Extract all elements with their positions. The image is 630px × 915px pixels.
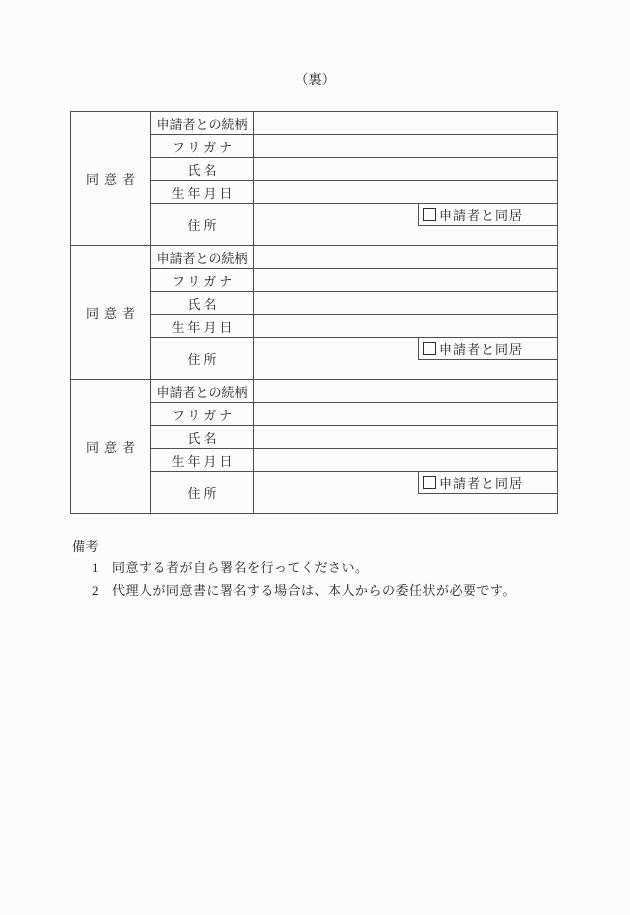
remarks-heading: 備考 [70,538,570,556]
consenter3-name-field[interactable] [254,426,558,449]
document-page: （裏） 同意者 申請者との続柄 フリガナ 氏名 生年月日 [0,0,630,915]
consenter3-birthdate-label: 生年月日 [151,449,254,472]
consenter3-birthdate-field[interactable] [254,449,558,472]
consenter2-group-label: 同意者 [71,246,151,380]
consenter2-birthdate-field[interactable] [254,315,558,338]
checkbox-icon [423,208,436,221]
cohabit-checkbox-label: 申請者と同居 [439,339,523,358]
remarks-item-text: 代理人が同意書に署名する場合は、本人からの委任状が必要です。 [112,579,516,602]
consenter2-cohabit-checkbox[interactable]: 申請者と同居 [418,338,557,360]
consenter1-birthdate-field[interactable] [254,181,558,204]
consenter1-group-label: 同意者 [71,112,151,246]
consenter2-furigana-label: フリガナ [151,269,254,292]
consenter2-furigana-field[interactable] [254,269,558,292]
consenter3-group-label: 同意者 [71,380,151,514]
consenter3-name-label: 氏名 [151,426,254,449]
table-row: 同意者 申請者との続柄 [71,380,558,403]
consenter2-address-field[interactable]: 申請者と同居 [254,338,558,380]
consent-table: 同意者 申請者との続柄 フリガナ 氏名 生年月日 住所 [70,111,558,514]
consenter3-cohabit-checkbox[interactable]: 申請者と同居 [418,472,557,494]
table-row: 同意者 申請者との続柄 [71,112,558,135]
consenter1-furigana-label: フリガナ [151,135,254,158]
consenter2-relationship-label: 申請者との続柄 [151,246,254,269]
remarks-section: 備考 1 同意する者が自ら署名を行ってください。 2 代理人が同意書に署名する場… [70,538,570,602]
remarks-item: 1 同意する者が自ら署名を行ってください。 [70,556,570,579]
consenter1-name-field[interactable] [254,158,558,181]
cohabit-checkbox-label: 申請者と同居 [439,205,523,224]
consenter1-address-field[interactable]: 申請者と同居 [254,204,558,246]
consenter3-address-field[interactable]: 申請者と同居 [254,472,558,514]
consenter1-birthdate-label: 生年月日 [151,181,254,204]
remarks-item-number: 2 [92,579,104,602]
consenter2-birthdate-label: 生年月日 [151,315,254,338]
consenter1-address-label: 住所 [151,204,254,246]
consenter1-cohabit-checkbox[interactable]: 申請者と同居 [418,204,557,226]
consenter2-relationship-field[interactable] [254,246,558,269]
remarks-item-text: 同意する者が自ら署名を行ってください。 [112,556,369,579]
remarks-item-number: 1 [92,556,104,579]
consenter1-furigana-field[interactable] [254,135,558,158]
consenter1-name-label: 氏名 [151,158,254,181]
checkbox-icon [423,342,436,355]
consenter1-relationship-field[interactable] [254,112,558,135]
consenter1-relationship-label: 申請者との続柄 [151,112,254,135]
remarks-item: 2 代理人が同意書に署名する場合は、本人からの委任状が必要です。 [70,579,570,602]
table-row: 同意者 申請者との続柄 [71,246,558,269]
consenter3-relationship-field[interactable] [254,380,558,403]
cohabit-checkbox-label: 申請者と同居 [439,473,523,492]
consenter3-furigana-label: フリガナ [151,403,254,426]
consenter3-address-label: 住所 [151,472,254,514]
consenter3-furigana-field[interactable] [254,403,558,426]
consenter2-address-label: 住所 [151,338,254,380]
consenter3-relationship-label: 申請者との続柄 [151,380,254,403]
consenter2-name-field[interactable] [254,292,558,315]
checkbox-icon [423,476,436,489]
consenter2-name-label: 氏名 [151,292,254,315]
page-side-title: （裏） [0,72,630,88]
